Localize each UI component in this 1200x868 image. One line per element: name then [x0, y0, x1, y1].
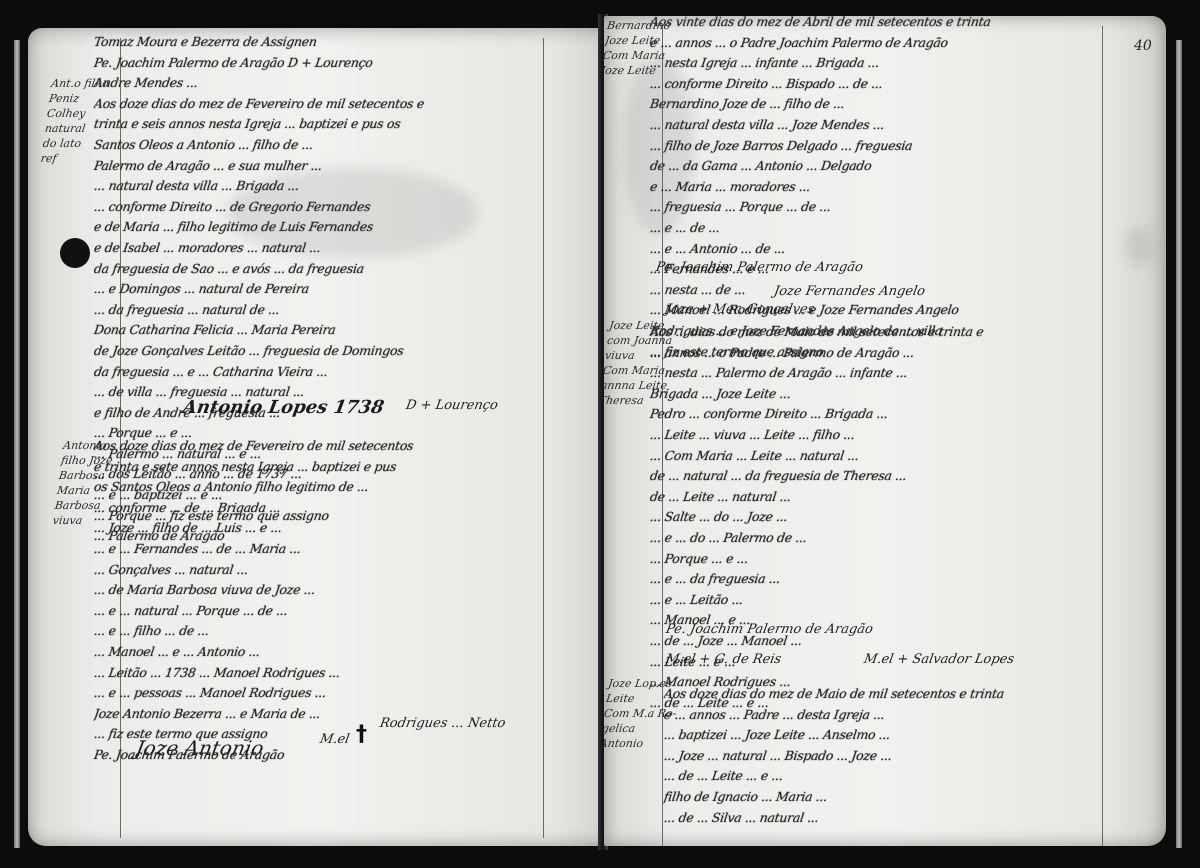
- manuscript-line: ... de ... Leite ... e ...: [663, 766, 1112, 787]
- manuscript-line: Aos ... dias do mez de Maio de mil setec…: [649, 322, 1112, 343]
- manuscript-line: Aos vinte dias do mez de Abril de mil se…: [649, 16, 1112, 33]
- manuscript-line: ... e ... filho ... de ...: [93, 621, 546, 642]
- manuscript-line: ... e ... da freguesia ...: [649, 569, 1112, 590]
- manuscript-line: Andre Mendes ...: [93, 73, 546, 94]
- manuscript-line: ... Leitão ... 1738 ... Manoel Rodrigues…: [93, 663, 546, 684]
- signature-godparent: Joze Fernandes Angelo: [773, 284, 927, 299]
- signature-priest: Pe. Joachim Palermo de Aragão: [665, 622, 875, 637]
- manuscript-line: de ... natural ... da freguesia de There…: [649, 466, 1112, 487]
- manuscript-line: Pe. Joachim Palermo de Aragão D + Louren…: [93, 53, 546, 74]
- manuscript-line: Aos doze dias do mez de Fevereiro de mil…: [93, 94, 546, 115]
- manuscript-line: ... nesta ... Palermo de Aragão ... infa…: [649, 363, 1112, 384]
- right-page: 40 Bernardino Joze Leite Com Maria Joze …: [604, 16, 1166, 846]
- manuscript-line: ... Joze ... natural ... Bispado ... Joz…: [663, 746, 1112, 767]
- manuscript-line: Bernardino Joze de ... filho de ...: [649, 94, 1112, 115]
- manuscript-line: trinta e seis annos nesta Igreja ... bap…: [93, 114, 546, 135]
- manuscript-line: ... Manoel ... e ... Antonio ...: [93, 642, 546, 663]
- manuscript-line: ... nesta Igreja ... infante ... Brigada…: [649, 53, 1112, 74]
- book-edge-right: [1176, 40, 1182, 848]
- manuscript-line: Aos doze dias do mez de Fevereiro de mil…: [93, 436, 546, 457]
- manuscript-line: ... natural desta villa ... Joze Mendes …: [649, 115, 1112, 136]
- manuscript-line: ... Leite ... viuva ... Leite ... filho …: [649, 425, 1112, 446]
- manuscript-line: Pedro ... conforme Direito ... Brigada .…: [649, 404, 1112, 425]
- register-spread: Ant.o filho Peniz Colhey natural do lato…: [0, 0, 1200, 868]
- manuscript-line: ... annos ... o Padre ... Palermo de Ara…: [649, 343, 1112, 364]
- godparent-mark: D + Lourenço: [405, 398, 499, 413]
- binding-hole: [60, 238, 90, 268]
- manuscript-line: de ... Leite ... natural ...: [649, 487, 1112, 508]
- manuscript-line: ... filho de Joze Barros Delgado ... fre…: [649, 136, 1112, 157]
- manuscript-line: Dona Catharina Felicia ... Maria Pereira: [93, 320, 546, 341]
- manuscript-line: Aos doze dias do mez de Maio de mil sete…: [663, 684, 1112, 705]
- manuscript-line: ... e ... Antonio ... de ...: [649, 239, 1112, 260]
- manuscript-line: filho de Ignacio ... Maria ...: [663, 787, 1112, 808]
- manuscript-line: os Santos Oleos a Antonio filho legitimo…: [93, 477, 546, 498]
- manuscript-line: de Joze Gonçalves Leitão ... freguesia d…: [93, 341, 546, 362]
- entry-heading: Antonio Lopes 1738: [181, 397, 385, 418]
- manuscript-line: ... Gonçalves ... natural ...: [93, 560, 546, 581]
- manuscript-line: de ... da Gama ... Antonio ... Delgado: [649, 156, 1112, 177]
- signature-joze-antonio: Joze Antonio: [134, 736, 266, 760]
- manuscript-line: e de Maria ... filho legitimo de Luis Fe…: [93, 217, 546, 238]
- manuscript-line: ... freguesia ... Porque ... de ...: [649, 197, 1112, 218]
- manuscript-line: Santos Oleos a Antonio ... filho de ...: [93, 135, 546, 156]
- manuscript-line: ... conforme Direito ... de Gregorio Fer…: [93, 197, 546, 218]
- manuscript-line: ... natural desta villa ... Brigada ...: [93, 176, 546, 197]
- left-page: Ant.o filho Peniz Colhey natural do lato…: [28, 28, 613, 846]
- manuscript-line: da freguesia de Sao ... e avós ... da fr…: [93, 259, 546, 280]
- signature-rodrigues: Rodrigues ... Netto: [379, 716, 507, 731]
- manuscript-line: ... e ... do ... Palermo de ...: [649, 528, 1112, 549]
- right-entry-3-text: Aos doze dias do mez de Maio de mil sete…: [664, 684, 1110, 828]
- manuscript-line: e ... Maria ... moradores ...: [649, 177, 1112, 198]
- manuscript-line: ... da freguesia ... natural de ...: [93, 300, 546, 321]
- signature-priest: Pe. Joachim Palermo de Aragão: [655, 260, 865, 275]
- manuscript-line: ... Com Maria ... Leite ... natural ...: [649, 446, 1112, 467]
- book-edge-left: [14, 40, 20, 848]
- manuscript-line: ... baptizei ... Joze Leite ... Anselmo …: [663, 725, 1112, 746]
- manuscript-line: ... de Maria Barbosa viuva de Joze ...: [93, 580, 546, 601]
- manuscript-line: ... Joze ... filho de ... Luis ... e ...: [93, 518, 546, 539]
- manuscript-line: ... de ... Silva ... natural ...: [663, 808, 1112, 829]
- manuscript-line: Brigada ... Joze Leite ...: [649, 384, 1112, 405]
- manuscript-line: Palermo de Aragão ... e sua mulher ...: [93, 156, 546, 177]
- manuscript-line: ... e ... Fernandes ... de ... Maria ...: [93, 539, 546, 560]
- manuscript-line: ... conforme Direito ... Bispado ... de …: [649, 74, 1112, 95]
- ink-smudge: [1124, 226, 1154, 266]
- manuscript-line: ... Salte ... do ... Joze ...: [649, 507, 1112, 528]
- manuscript-line: e ... annos ... Padre ... desta Igreja .…: [663, 705, 1112, 726]
- signature-witness-2: M.el + Salvador Lopes: [863, 652, 1016, 667]
- manuscript-line: ... conforme ... de ... Brigada ...: [93, 498, 546, 519]
- manuscript-line: ... e ... de ...: [649, 218, 1112, 239]
- manuscript-line: e ... annos ... o Padre Joachim Palermo …: [649, 33, 1112, 54]
- signature-witness-1: M.el + G. de Reis: [665, 652, 783, 667]
- folio-number: 40: [1134, 38, 1152, 54]
- manuscript-line: ... e ... Leitão ...: [649, 590, 1112, 611]
- manuscript-line: da freguesia ... e ... Catharina Vieira …: [93, 362, 546, 383]
- manuscript-line: ... e ... pessoas ... Manoel Rodrigues .…: [93, 683, 546, 704]
- cross-mark-icon: †: [356, 722, 367, 747]
- signature-mel: M.el: [319, 732, 351, 747]
- manuscript-line: Tomaz Moura e Bezerra de Assignen: [93, 32, 546, 53]
- manuscript-line: ... e ... natural ... Porque ... de ...: [93, 601, 546, 622]
- signature-cross: Joze + Mer. Gonçalves: [665, 302, 816, 317]
- manuscript-line: e de Isabel ... moradores ... natural ..…: [93, 238, 546, 259]
- manuscript-line: e trinta e sete annos nesta Igreja ... b…: [93, 457, 546, 478]
- manuscript-line: ... e Domingos ... natural de Pereira: [93, 279, 546, 300]
- manuscript-line: ... Porque ... e ...: [649, 549, 1112, 570]
